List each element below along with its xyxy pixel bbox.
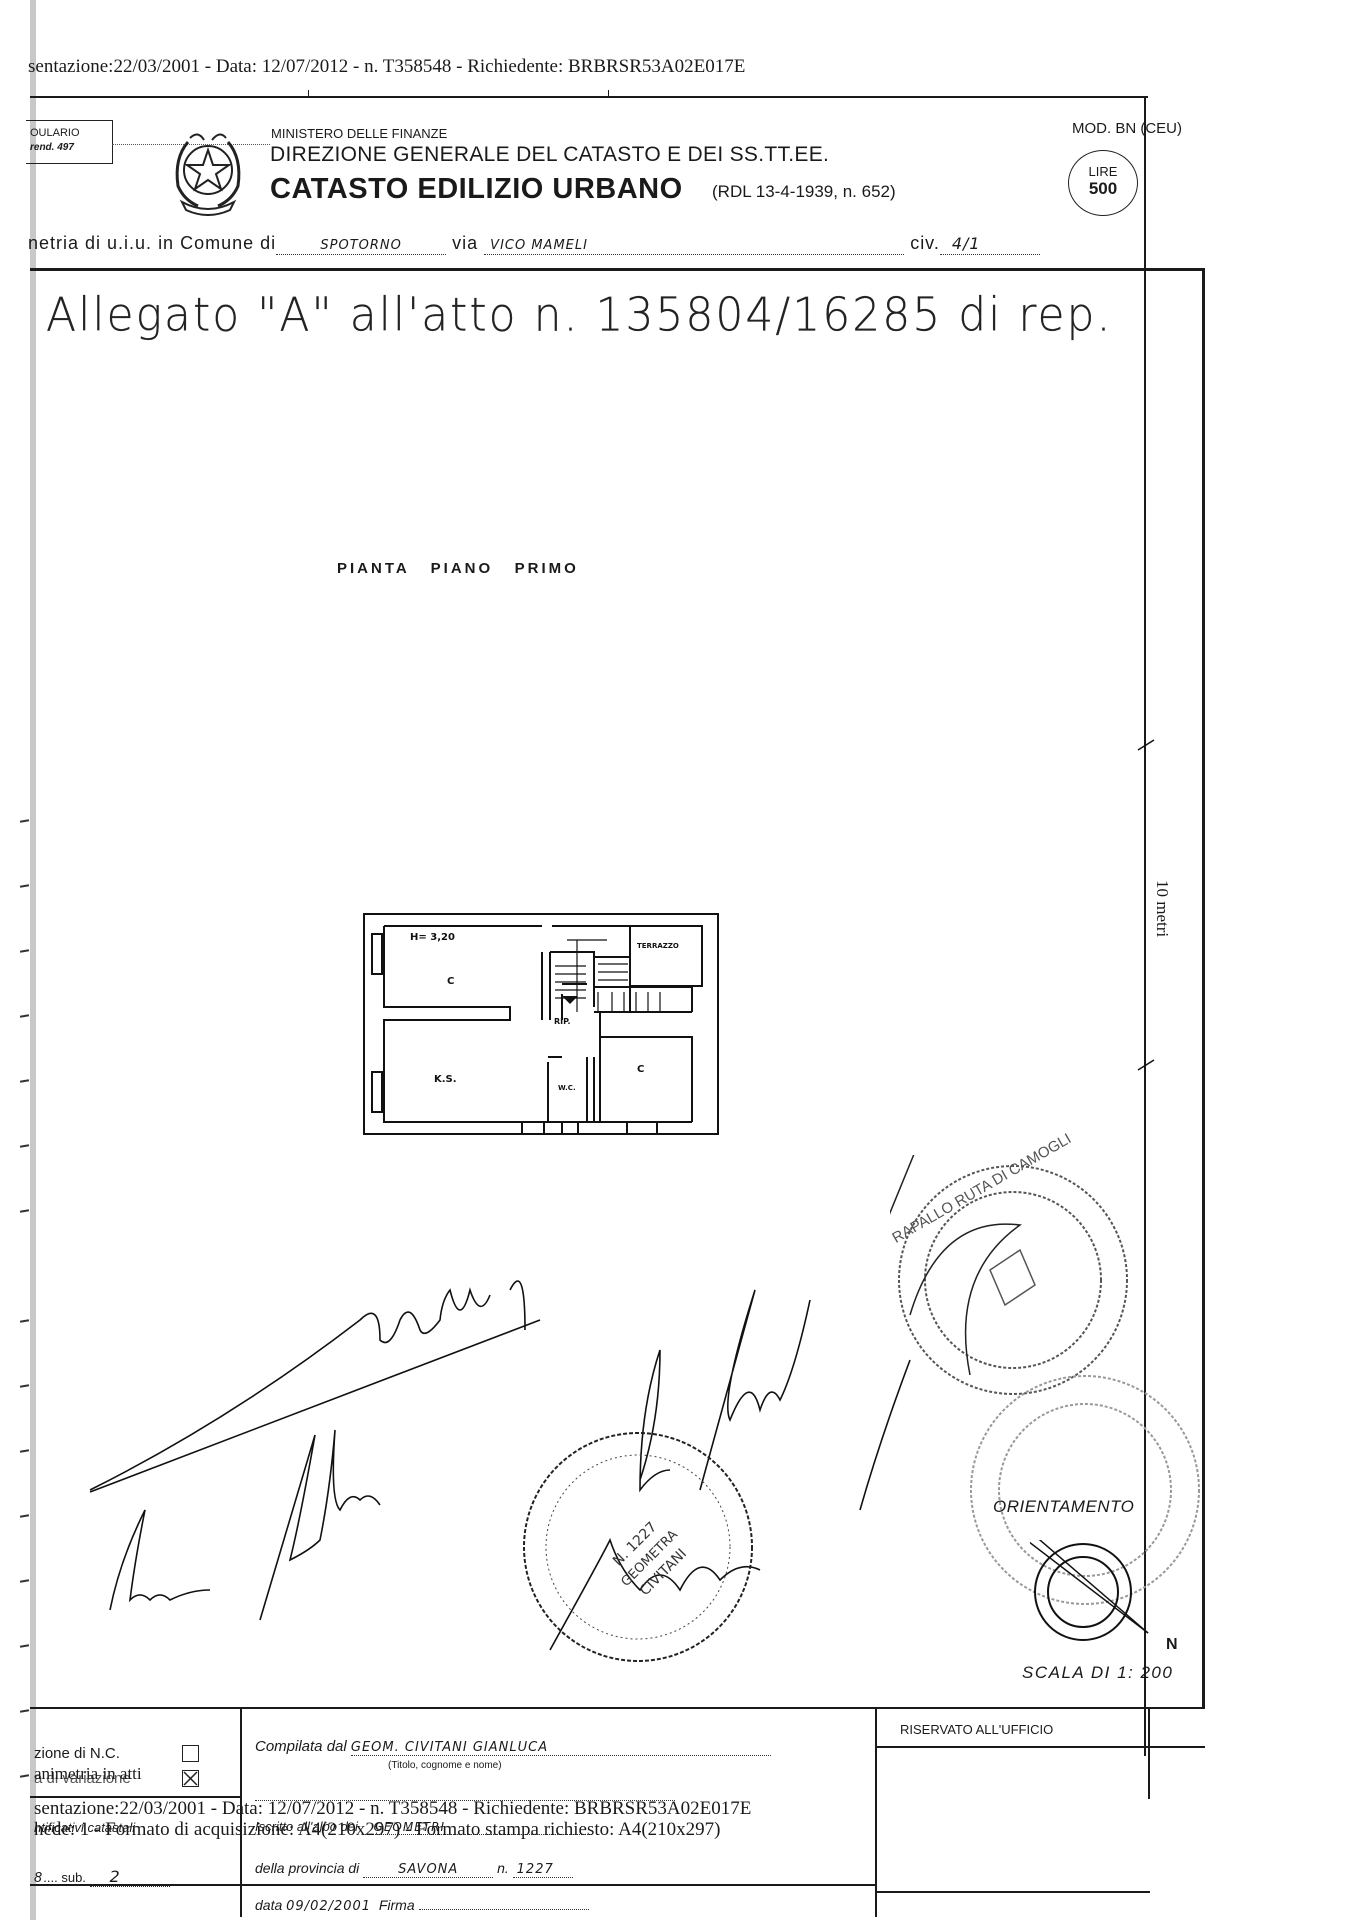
date-label: data [255,1897,282,1913]
north-label: N [1166,1636,1178,1654]
rule-tick [308,90,309,98]
via-value: VICO MAMELI [490,238,588,253]
document-title: CATASTO EDILIZIO URBANO [270,173,683,206]
scale-bar-label: 10 metri [1152,880,1172,937]
compiled-hint: (Titolo, cognome e nome) [388,1760,502,1771]
compiled-value: GEOM. CIVITANI GIANLUCA [351,1740,548,1755]
via-label: via [452,233,478,253]
margin-tick [20,1079,29,1083]
office-bottom-rule [875,1891,1150,1893]
date-row: data 09/02/2001 Firma [255,1897,589,1914]
floor-plan: H= 3,20 C TERRAZZO RIP. K.S. W.C. C [362,912,720,1137]
margin-tick [20,1644,29,1648]
ceiling-height-label: H= 3,20 [410,932,455,943]
retrieval-banner-bottom: sentazione:22/03/2001 - Data: 12/07/2012… [34,1798,751,1820]
italian-republic-emblem-icon [168,128,248,216]
check-x-icon [183,1771,198,1786]
margin-tick [20,1384,29,1388]
room-label: TERRAZZO [637,942,679,950]
number-value: 1227 [517,1862,554,1877]
planimetry-checkbox[interactable] [182,1770,199,1787]
margin-tick [20,1514,29,1518]
margin-tick [20,1144,29,1148]
address-prefix: netria di u.i.u. in Comune di [28,233,276,253]
office-header-rule [875,1746,1205,1748]
room-label: W.C. [558,1084,576,1092]
margin-tick [20,1709,29,1713]
room-label: K.S. [434,1074,457,1085]
margin-tick [20,1319,29,1323]
province-label: della provincia di [255,1860,359,1876]
header-top-rule [30,96,1148,98]
form-code-label: OULARIO [30,127,80,139]
signature-label: Firma [379,1897,415,1913]
margin-tick [20,1449,29,1453]
scan-edge-strip [30,0,36,1920]
nc-checkbox[interactable] [182,1745,199,1762]
retrieval-banner-format: hede: 1 - Formato di acquisizione: A4(21… [34,1819,721,1841]
collegio-geometri-stamp: N. 1227 GEOMETRA CIVITANI [520,1425,760,1670]
scale-ratio: SCALA DI 1: 200 [1022,1663,1173,1683]
margin-tick [20,1774,29,1778]
law-reference: (RDL 13-4-1939, n. 652) [712,182,896,202]
fee-label: LIRE [1069,164,1137,179]
room-label: C [637,1064,644,1075]
margin-tick [20,1579,29,1583]
north-arrow-icon [1030,1540,1170,1650]
room-label: RIP. [554,1017,571,1026]
ministry-name: MINISTERO DELLE FINANZE [271,126,447,141]
compiled-label: Compilata dal [255,1738,347,1755]
signatures [80,1260,940,1680]
sub-value: 2 [110,1867,121,1886]
civ-value: 4/1 [952,234,981,253]
date-value: 09/02/2001 [286,1899,371,1914]
retrieval-banner: sentazione:22/03/2001 - Data: 12/07/2012… [28,56,745,78]
form-code-value: rend. 497 [30,142,74,153]
orientation-label: ORIENTAMENTO [993,1497,1134,1517]
civ-label: civ. [910,233,940,253]
plan-title: PIANTA PIANO PRIMO [337,560,579,577]
number-label: n. [497,1860,509,1876]
province-row: della provincia di SAVONA n. 1227 [255,1860,573,1878]
compiled-row: Compilata dal GEOM. CIVITANI GIANLUCA [255,1738,771,1756]
office-divider [875,1707,877,1917]
form-top-rule [30,1707,1205,1709]
fee-value: 500 [1069,179,1137,199]
margin-tick [20,949,29,953]
office-reserved-label: RISERVATO ALL'UFFICIO [900,1722,1053,1737]
office-right-rule [1148,1707,1150,1799]
margin-tick [20,884,29,888]
comune-value: SPOTORNO [320,238,402,253]
sub-row: 8.... sub. 2 [34,1867,170,1887]
fee-stamp: LIRE 500 [1068,150,1138,216]
room-label: C [447,976,454,987]
model-code: MOD. BN (CEU) [1072,120,1182,137]
nc-label: zione di N.C. [34,1745,120,1762]
sub-label: sub. [61,1870,86,1885]
form-code-box: OULARIO rend. 497 [26,120,113,164]
direction-name: DIREZIONE GENERALE DEL CATASTO E DEI SS.… [270,143,829,167]
margin-tick [20,1014,29,1018]
rule-tick [608,90,609,98]
planimetry-label: animetria in atti [34,1764,142,1784]
address-line: netria di u.i.u. in Comune diSPOTORNO vi… [28,233,1040,255]
frame-top-rule [30,268,1204,271]
sheet-value: 8 [34,1871,43,1886]
margin-tick [20,819,29,823]
handwritten-annotation: Allegato "A" all'atto n. 135804/16285 di… [46,289,1112,343]
margin-tick [20,1209,29,1213]
province-value: SAVONA [398,1862,458,1877]
